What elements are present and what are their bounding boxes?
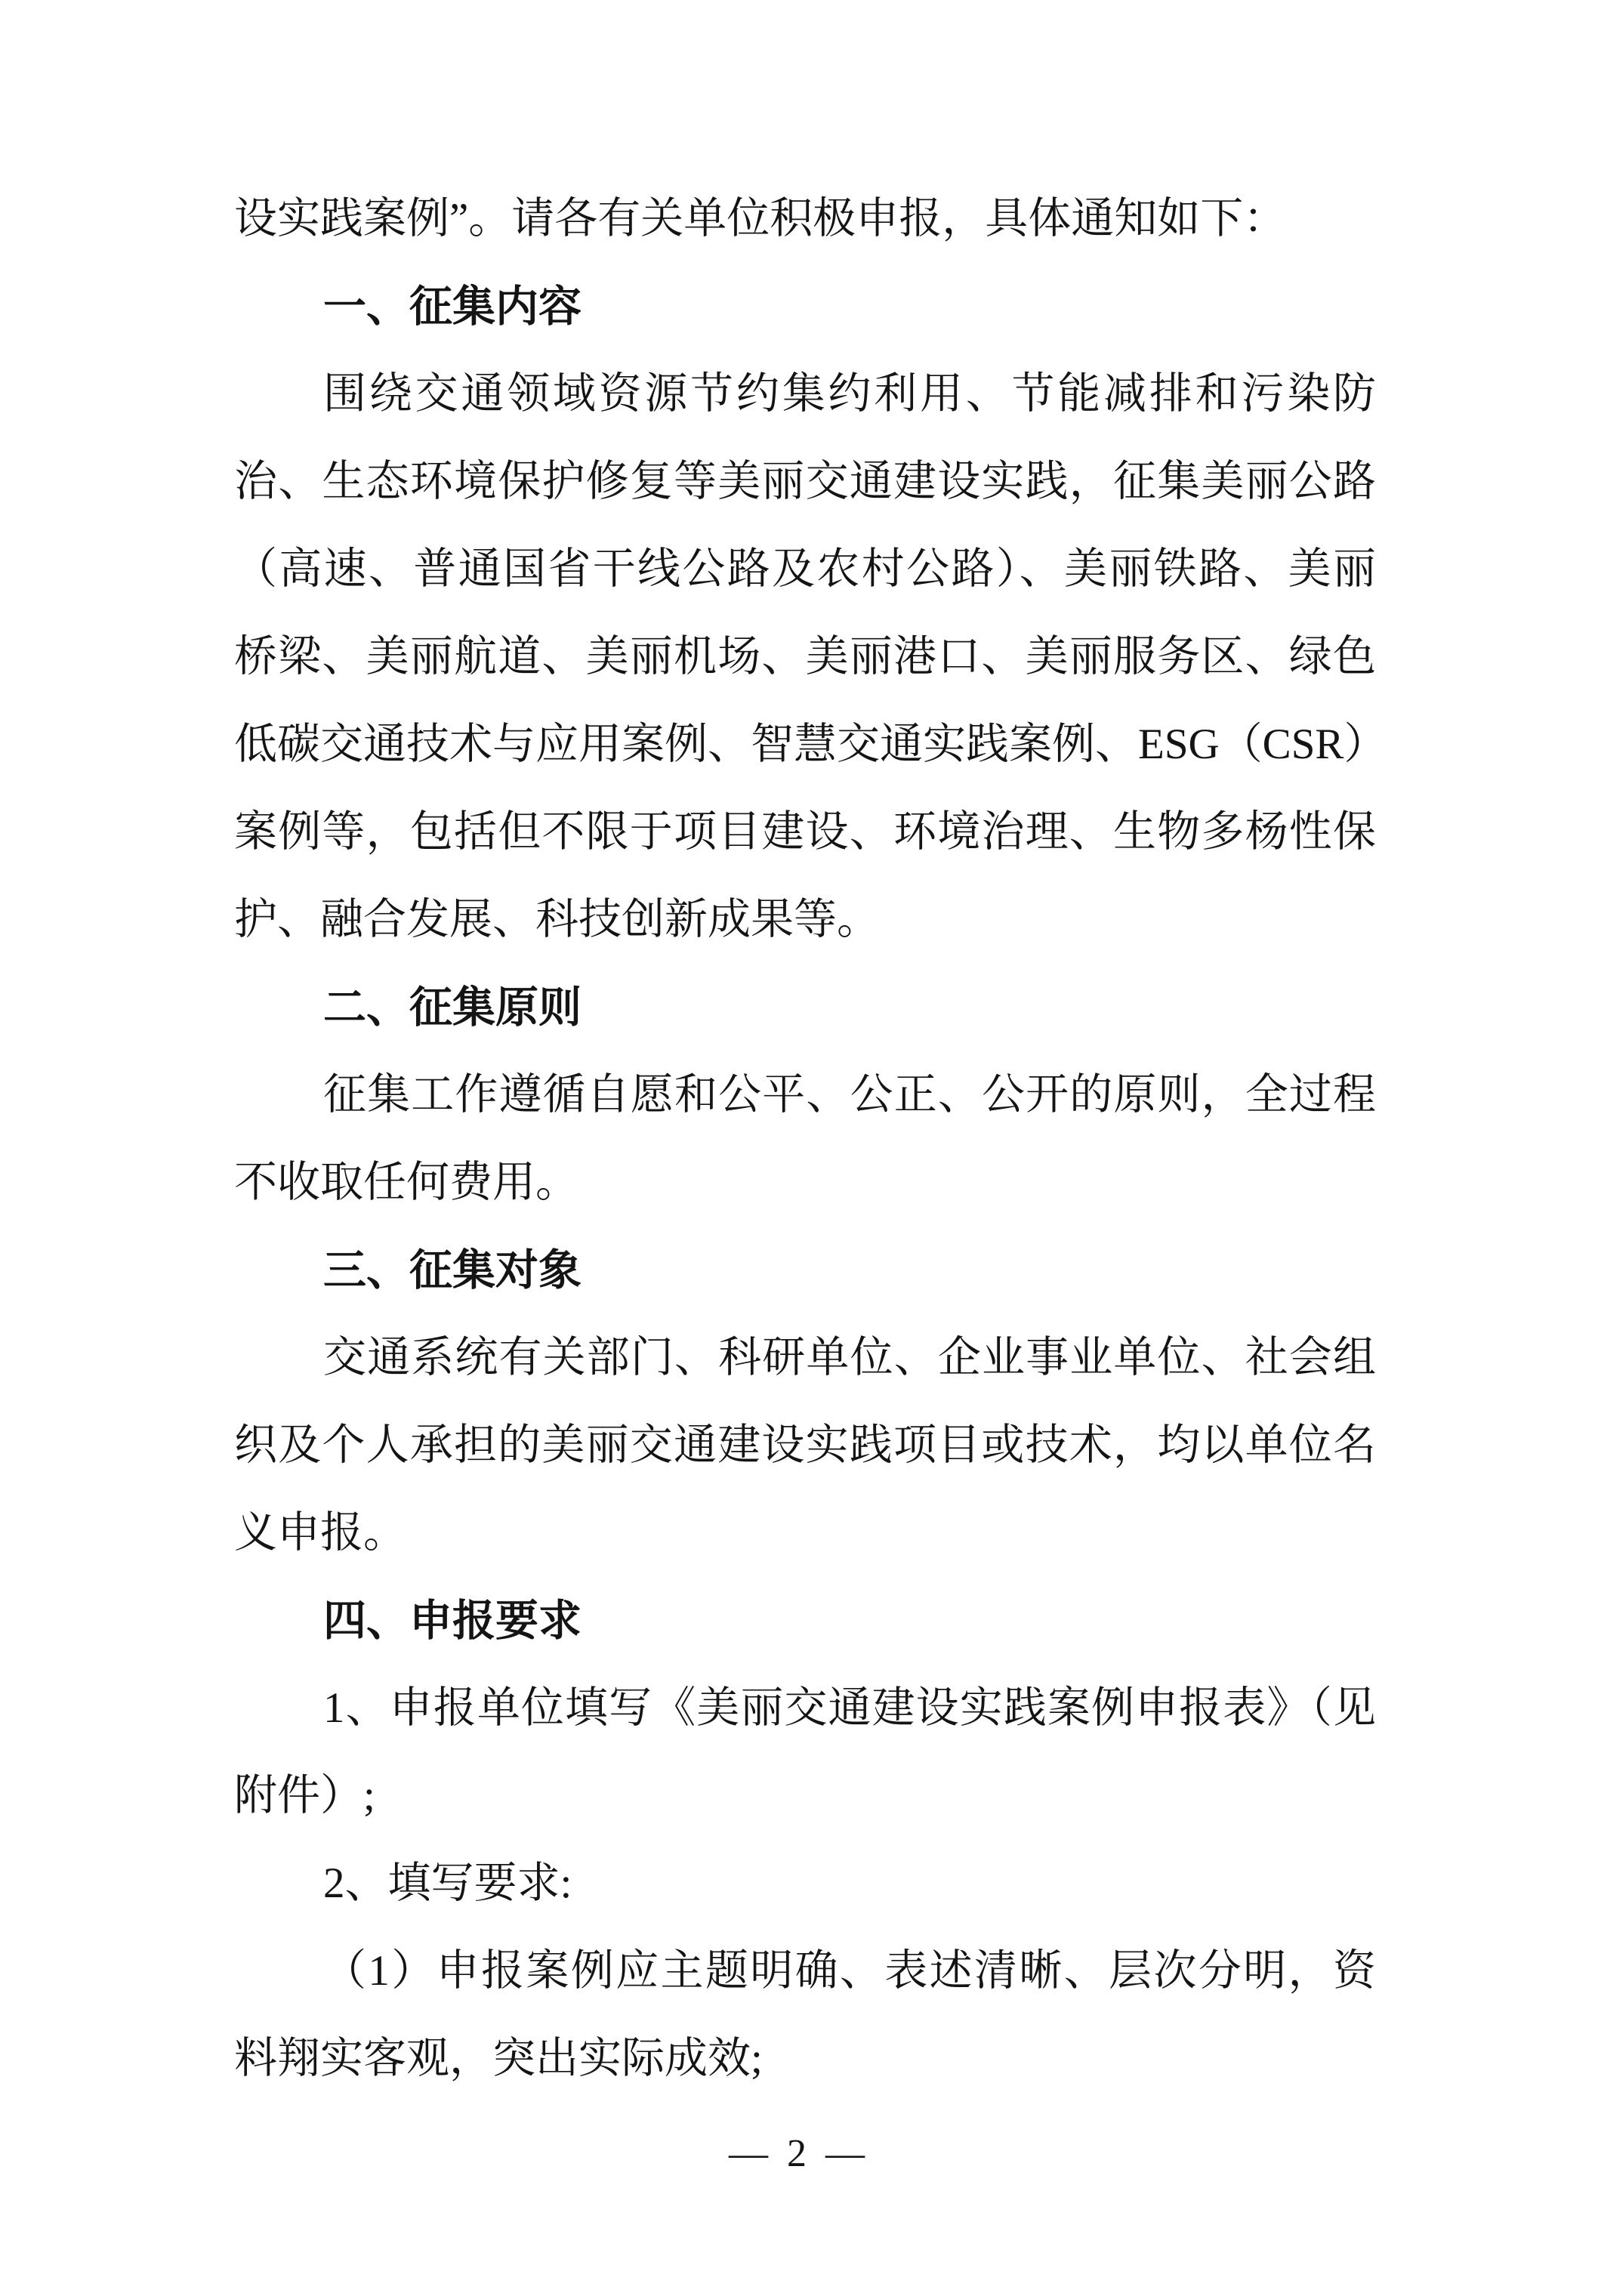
section-heading-3: 三、征集对象	[234, 1227, 1376, 1314]
body-line: 护、融合发展、科技创新成果等。	[234, 876, 1376, 964]
body-line: （高速、普通国省干线公路及农村公路）、美丽铁路、美丽	[234, 526, 1376, 613]
body-line: 交通系统有关部门、科研单位、企业事业单位、社会组	[234, 1314, 1376, 1402]
body-line: 附件）;	[234, 1752, 1376, 1840]
body-line: 1、申报单位填写《美丽交通建设实践案例申报表》（见	[234, 1665, 1376, 1752]
document-page: 设实践案例”。请各有关单位积极申报，具体通知如下： 一、征集内容 围绕交通领域资…	[0, 0, 1598, 2296]
body-line: 案例等，包括但不限于项目建设、环境治理、生物多杨性保	[234, 788, 1376, 876]
body-line: 低碳交通技术与应用案例、智慧交通实践案例、ESG（CSR）	[234, 701, 1376, 788]
document-body: 设实践案例”。请各有关单位积极申报，具体通知如下： 一、征集内容 围绕交通领域资…	[234, 175, 1376, 2103]
body-line: 2、填写要求:	[234, 1840, 1376, 1927]
body-line: 料翔实客观，突出实际成效;	[234, 2015, 1376, 2103]
section-heading-2: 二、征集原则	[234, 964, 1376, 1051]
body-line: 织及个人承担的美丽交通建设实践项目或技术，均以单位名	[234, 1402, 1376, 1489]
body-line: 治、生态环境保护修复等美丽交通建设实践，征集美丽公路	[234, 438, 1376, 526]
body-line: （1）申报案例应主题明确、表述清晰、层次分明，资	[234, 1927, 1376, 2015]
page-number: — 2 —	[0, 2124, 1598, 2184]
body-line: 义申报。	[234, 1489, 1376, 1577]
body-line: 征集工作遵循自愿和公平、公正、公开的原则，全过程	[234, 1051, 1376, 1139]
body-line: 不收取任何费用。	[234, 1139, 1376, 1227]
section-heading-4: 四、申报要求	[234, 1577, 1376, 1665]
section-heading-1: 一、征集内容	[234, 263, 1376, 350]
body-line: 桥梁、美丽航道、美丽机场、美丽港口、美丽服务区、绿色	[234, 613, 1376, 701]
body-line-continuation: 设实践案例”。请各有关单位积极申报，具体通知如下：	[234, 175, 1376, 263]
body-line: 围绕交通领域资源节约集约利用、节能减排和污染防	[234, 350, 1376, 438]
